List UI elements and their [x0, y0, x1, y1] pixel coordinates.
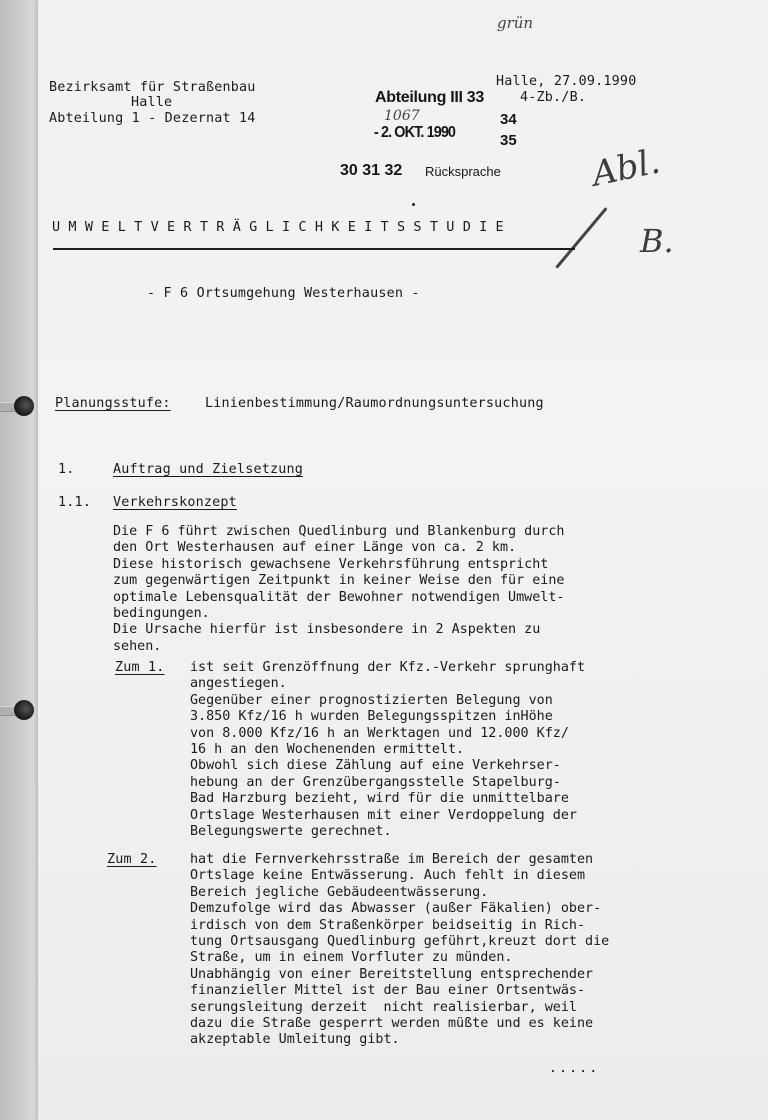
section-1-1-paragraph: Die F 6 führt zwischen Quedlinburg und B…	[113, 524, 564, 655]
paragraph-line: Die Ursache hierfür ist insbesondere in …	[113, 622, 564, 638]
point-1-label: Zum 1.	[115, 660, 165, 676]
paragraph-line: Obwohl sich diese Zählung auf eine Verke…	[190, 758, 585, 774]
planning-stage-label: Planungsstufe:	[55, 396, 171, 412]
paragraph-line: irdisch von dem Straßenkörper beidseitig…	[190, 918, 609, 934]
continuation-dots: .....	[549, 1061, 599, 1077]
stamp-journal-number: 1067	[384, 108, 420, 124]
reference-code: 4-Zb./B.	[520, 90, 586, 106]
paragraph-line: Diese historisch gewachsene Verkehrsführ…	[113, 557, 564, 573]
paragraph-line: bedingungen.	[113, 606, 564, 622]
dot-mark	[412, 203, 415, 206]
point-1-text: ist seit Grenzöffnung der Kfz.-Verkehr s…	[190, 660, 585, 840]
paragraph-line: serungsleitung derzeit nicht realisierba…	[190, 1000, 609, 1016]
paragraph-line: Gegenüber einer prognostizierten Belegun…	[190, 693, 585, 709]
binder-ring	[14, 700, 34, 720]
document-title: UMWELTVERTRÄGLICHKEITSSTUDIE	[52, 220, 512, 236]
paragraph-line: 3.850 Kfz/16 h wurden Belegungsspitzen i…	[190, 709, 585, 725]
paragraph-line: hat die Fernverkehrsstraße im Bereich de…	[190, 852, 609, 868]
section-1-heading: Auftrag und Zielsetzung	[113, 462, 303, 478]
paragraph-line: ist seit Grenzöffnung der Kfz.-Verkehr s…	[190, 660, 585, 676]
paragraph-line: dazu die Straße gesperrt werden müßte un…	[190, 1016, 609, 1032]
paragraph-line: Unabhängig von einer Bereitstellung ents…	[190, 967, 609, 983]
paragraph-line: 16 h an den Wochenenden ermittelt.	[190, 742, 585, 758]
paragraph-line: Die F 6 führt zwischen Quedlinburg und B…	[113, 524, 564, 540]
handwritten-signature: B.	[640, 222, 674, 260]
stamp-received-date: - 2. OKT. 1990	[374, 124, 455, 142]
paragraph-line: angestiegen.	[190, 676, 585, 692]
title-rule	[53, 248, 575, 250]
paragraph-line: zum gegenwärtigen Zeitpunkt in keiner We…	[113, 573, 564, 589]
paragraph-line: Demzufolge wird das Abwasser (außer Fäka…	[190, 901, 609, 917]
stamp-department: Abteilung III 33	[375, 89, 484, 107]
sender-line-1: Bezirksamt für Straßenbau	[49, 80, 256, 96]
paragraph-line: von 8.000 Kfz/16 h an Werktagen und 12.0…	[190, 726, 585, 742]
paragraph-line: Straße, um in einem Vorfluter zu münden.	[190, 950, 609, 966]
sender-line-3: Abteilung 1 - Dezernat 14	[49, 111, 256, 127]
sender-line-2: Halle	[131, 95, 172, 111]
paragraph-line: Ortslage Westerhausen mit einer Verdoppe…	[190, 808, 585, 824]
stamp-code-34: 34	[500, 111, 517, 128]
stamp-routing-label: Rücksprache	[425, 164, 501, 179]
paragraph-line: hebung an der Grenzübergangsstelle Stape…	[190, 775, 585, 791]
paragraph-line: optimale Lebensqualität der Bewohner not…	[113, 590, 564, 606]
paragraph-line: akzeptable Umleitung gibt.	[190, 1032, 609, 1048]
paragraph-line: tung Ortsausgang Quedlinburg geführt,kre…	[190, 934, 609, 950]
binder-ring	[14, 396, 34, 416]
planning-stage-value: Linienbestimmung/Raumordnungsuntersuchun…	[205, 396, 544, 412]
paragraph-line: Belegungswerte gerechnet.	[190, 824, 585, 840]
handwritten-note: grün	[497, 14, 533, 32]
paragraph-line: Bad Harzburg bezieht, wird für die unmit…	[190, 791, 585, 807]
point-2-text: hat die Fernverkehrsstraße im Bereich de…	[190, 852, 609, 1049]
place-date: Halle, 27.09.1990	[496, 74, 636, 90]
point-2-label: Zum 2.	[107, 852, 157, 868]
binder-edge	[0, 0, 40, 1120]
paragraph-line: den Ort Westerhausen auf einer Länge von…	[113, 540, 564, 556]
paragraph-line: Ortslage keine Entwässerung. Auch fehlt …	[190, 868, 609, 884]
section-1-1-number: 1.1.	[58, 495, 91, 511]
stamp-code-35: 35	[500, 132, 517, 149]
section-1-1-heading: Verkehrskonzept	[113, 495, 237, 511]
document-subtitle: - F 6 Ortsumgehung Westerhausen -	[147, 286, 420, 302]
paragraph-line: Bereich jegliche Gebäudeentwässerung.	[190, 885, 609, 901]
stamp-routing: 30 31 32	[340, 162, 402, 180]
paragraph-line: sehen.	[113, 639, 564, 655]
paragraph-line: finanzieller Mittel ist der Bau einer Or…	[190, 983, 609, 999]
section-1-number: 1.	[58, 462, 75, 478]
